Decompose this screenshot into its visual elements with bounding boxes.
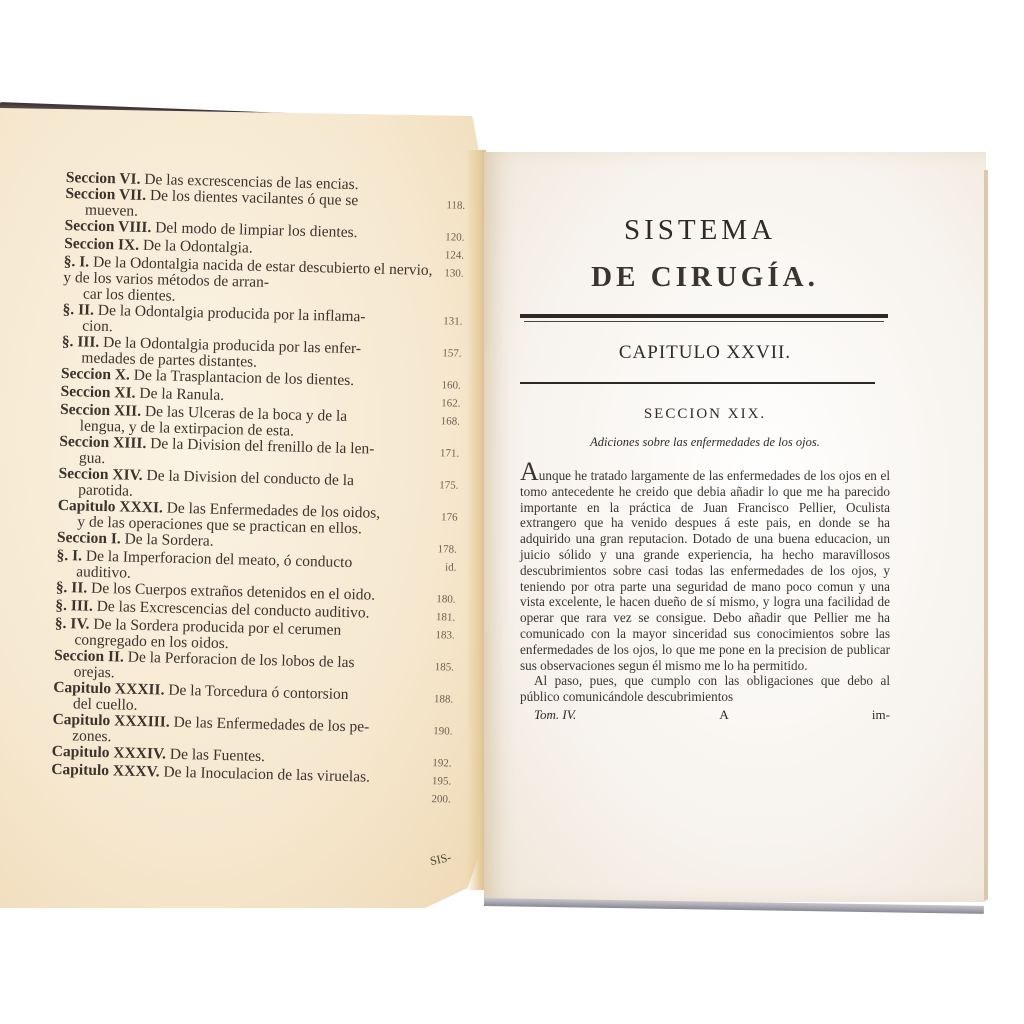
body-text: Aunque he tratado largamente de las enfe… bbox=[520, 464, 890, 705]
toc-page-number: 124. bbox=[434, 245, 464, 264]
toc-page-number: 175. bbox=[428, 475, 458, 494]
toc-page-number bbox=[436, 179, 466, 182]
toc-page-number: 192. bbox=[421, 753, 451, 772]
toc-entry-text: De las Fuentes. bbox=[170, 746, 266, 765]
toc-page-number: 162. bbox=[430, 393, 460, 412]
signature-mark: A bbox=[719, 707, 728, 723]
toc-entry-heading: §. III. bbox=[62, 333, 100, 351]
toc-entry-heading: Seccion VIII. bbox=[64, 217, 151, 236]
toc-page-number: 171. bbox=[429, 443, 459, 462]
paragraph-2: Al paso, pues, que cumplo con las obliga… bbox=[520, 673, 890, 705]
toc-entry-heading: §. II. bbox=[56, 579, 88, 597]
chapter-rule bbox=[520, 382, 875, 384]
toc-page-number: 176 bbox=[427, 507, 457, 526]
toc-page-number: 160. bbox=[431, 375, 461, 394]
catchword: im- bbox=[872, 707, 890, 723]
book-title-line2: DE CIRUGÍA. bbox=[520, 261, 890, 294]
page-footer: Tom. IV. A im- bbox=[520, 707, 890, 723]
toc-page-number: 131. bbox=[432, 311, 462, 330]
toc-entry-heading: §. II. bbox=[62, 301, 94, 319]
title-rule-thick bbox=[520, 314, 888, 318]
toc-entry-heading: Capitulo XXXIV. bbox=[52, 743, 167, 763]
toc-page-number: 181. bbox=[425, 607, 455, 626]
toc-entry-heading: Seccion I. bbox=[57, 529, 121, 548]
toc-entry-text: De la Sordera. bbox=[124, 531, 213, 550]
book-title-line1: SISTEMA bbox=[510, 214, 890, 247]
toc-page-number: 130. bbox=[433, 263, 463, 282]
toc-page-number: 180. bbox=[425, 589, 455, 608]
toc-page-number: id. bbox=[426, 557, 456, 576]
toc-page-number: 178. bbox=[427, 539, 457, 558]
section-subtitle: Adiciones sobre las enfermedades de los … bbox=[520, 435, 890, 450]
right-page-content: SISTEMA DE CIRUGÍA. CAPITULO XXVII. SECC… bbox=[520, 200, 890, 723]
toc-entry-heading: §. I. bbox=[56, 547, 82, 565]
toc-page-number: 188. bbox=[423, 689, 453, 708]
toc-page-number: 183. bbox=[425, 625, 455, 644]
toc-entry-heading: Capitulo XXXV. bbox=[51, 761, 160, 781]
toc-page-number: 157. bbox=[431, 343, 461, 362]
toc-page-number: 200. bbox=[421, 789, 451, 808]
book-gutter bbox=[466, 150, 486, 890]
toc-page-number: 120. bbox=[434, 227, 464, 246]
toc-entry-text: De la Ranula. bbox=[139, 385, 224, 404]
toc-entry-heading: §. III. bbox=[55, 597, 93, 615]
paragraph-1: Aunque he tratado largamente de las enfe… bbox=[520, 464, 890, 673]
title-rule-thin bbox=[524, 321, 884, 322]
toc-entry-text: De la Inoculacion de las viruelas. bbox=[163, 764, 370, 786]
toc-entry-heading: Seccion XI. bbox=[60, 383, 135, 402]
toc-page-number: 118. bbox=[435, 195, 465, 214]
section-heading: SECCION XIX. bbox=[520, 406, 890, 423]
table-of-contents: Seccion VI. De las excrescencias de las … bbox=[51, 170, 466, 808]
drop-cap: A bbox=[520, 457, 539, 486]
toc-entry-heading: Seccion X. bbox=[61, 365, 130, 384]
right-page-side-edge bbox=[984, 170, 988, 900]
toc-entry-heading: Seccion IX. bbox=[64, 235, 139, 254]
volume-mark: Tom. IV. bbox=[520, 707, 576, 723]
chapter-heading: CAPITULO XXVII. bbox=[520, 342, 890, 364]
toc-page-number: 190. bbox=[422, 721, 452, 740]
toc-entry-heading: §. I. bbox=[64, 253, 90, 271]
toc-page-number: 195. bbox=[421, 771, 451, 790]
toc-entry-text: De la Odontalgia. bbox=[143, 237, 253, 257]
toc-page-number: 168. bbox=[430, 411, 460, 430]
toc-entry-heading: §. IV. bbox=[55, 615, 90, 633]
toc-page-number: 185. bbox=[424, 657, 454, 676]
open-book-photo: Seccion VI. De las excrescencias de las … bbox=[0, 0, 1024, 1024]
